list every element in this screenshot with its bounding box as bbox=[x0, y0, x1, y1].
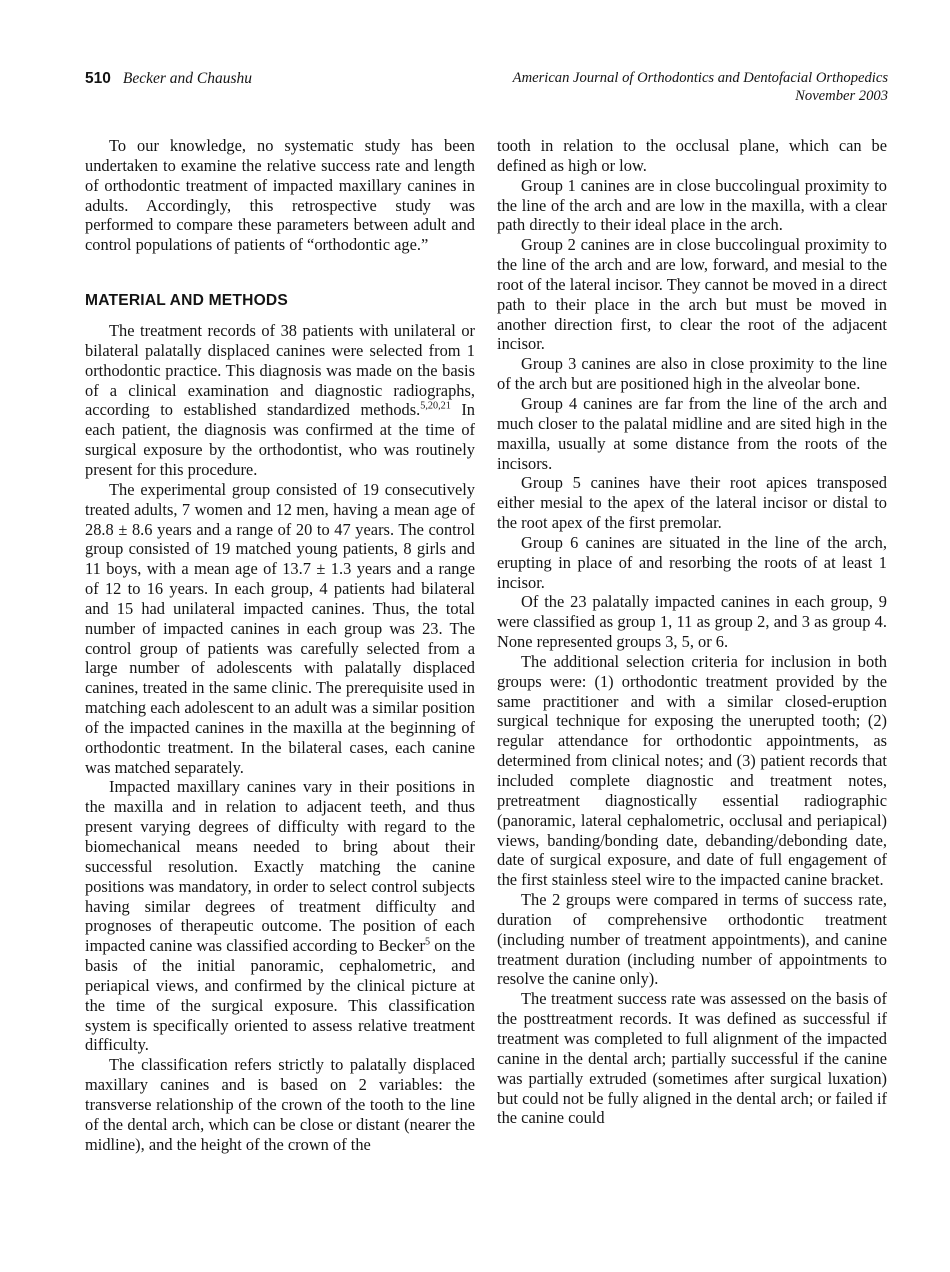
paragraph-canine-positions: Impacted maxillary canines vary in their… bbox=[85, 777, 475, 1055]
paragraph-group-distribution: Of the 23 palatally impacted canines in … bbox=[497, 592, 887, 652]
section-heading-material-and-methods: MATERIAL AND METHODS bbox=[85, 291, 475, 311]
left-column: To our knowledge, no systematic study ha… bbox=[85, 136, 475, 1155]
paragraph-classification-continued: tooth in relation to the occlusal plane,… bbox=[497, 136, 887, 176]
right-column: tooth in relation to the occlusal plane,… bbox=[497, 136, 887, 1155]
journal-title: American Journal of Orthodontics and Den… bbox=[513, 70, 888, 88]
running-header-left: 510Becker and Chaushu bbox=[85, 70, 252, 88]
paragraph-group-3: Group 3 canines are also in close proxim… bbox=[497, 354, 887, 394]
paragraph-selection-criteria: The additional selection criteria for in… bbox=[497, 652, 887, 890]
paragraph-text-segment: Impacted maxillary canines vary in their… bbox=[85, 777, 475, 955]
paragraph-text-segment: The treatment records of 38 patients wit… bbox=[85, 321, 475, 419]
paragraph-experimental-group: The experimental group consisted of 19 c… bbox=[85, 480, 475, 778]
citation-superscript: 5,20,21 bbox=[420, 401, 451, 412]
paragraph-group-5: Group 5 canines have their root apices t… bbox=[497, 473, 887, 533]
paragraph-group-6: Group 6 canines are situated in the line… bbox=[497, 533, 887, 593]
paragraph-group-4: Group 4 canines are far from the line of… bbox=[497, 394, 887, 473]
paragraph-classification: The classification refers strictly to pa… bbox=[85, 1055, 475, 1154]
journal-page: 510Becker and Chaushu American Journal o… bbox=[0, 0, 950, 1272]
paragraph-group-comparison: The 2 groups were compared in terms of s… bbox=[497, 890, 887, 989]
page-number: 510 bbox=[85, 70, 111, 87]
paragraph-group-2: Group 2 canines are in close buccolingua… bbox=[497, 235, 887, 354]
paragraph-success-rate: The treatment success rate was assessed … bbox=[497, 989, 887, 1128]
paragraph-group-1: Group 1 canines are in close buccolingua… bbox=[497, 176, 887, 236]
running-header: 510Becker and Chaushu American Journal o… bbox=[85, 70, 888, 105]
paragraph-intro: To our knowledge, no systematic study ha… bbox=[85, 136, 475, 255]
running-header-right: American Journal of Orthodontics and Den… bbox=[513, 70, 888, 105]
paragraph-treatment-records: The treatment records of 38 patients wit… bbox=[85, 321, 475, 480]
article-body: To our knowledge, no systematic study ha… bbox=[85, 136, 888, 1155]
running-authors: Becker and Chaushu bbox=[123, 70, 252, 87]
journal-issue-date: November 2003 bbox=[513, 88, 888, 106]
